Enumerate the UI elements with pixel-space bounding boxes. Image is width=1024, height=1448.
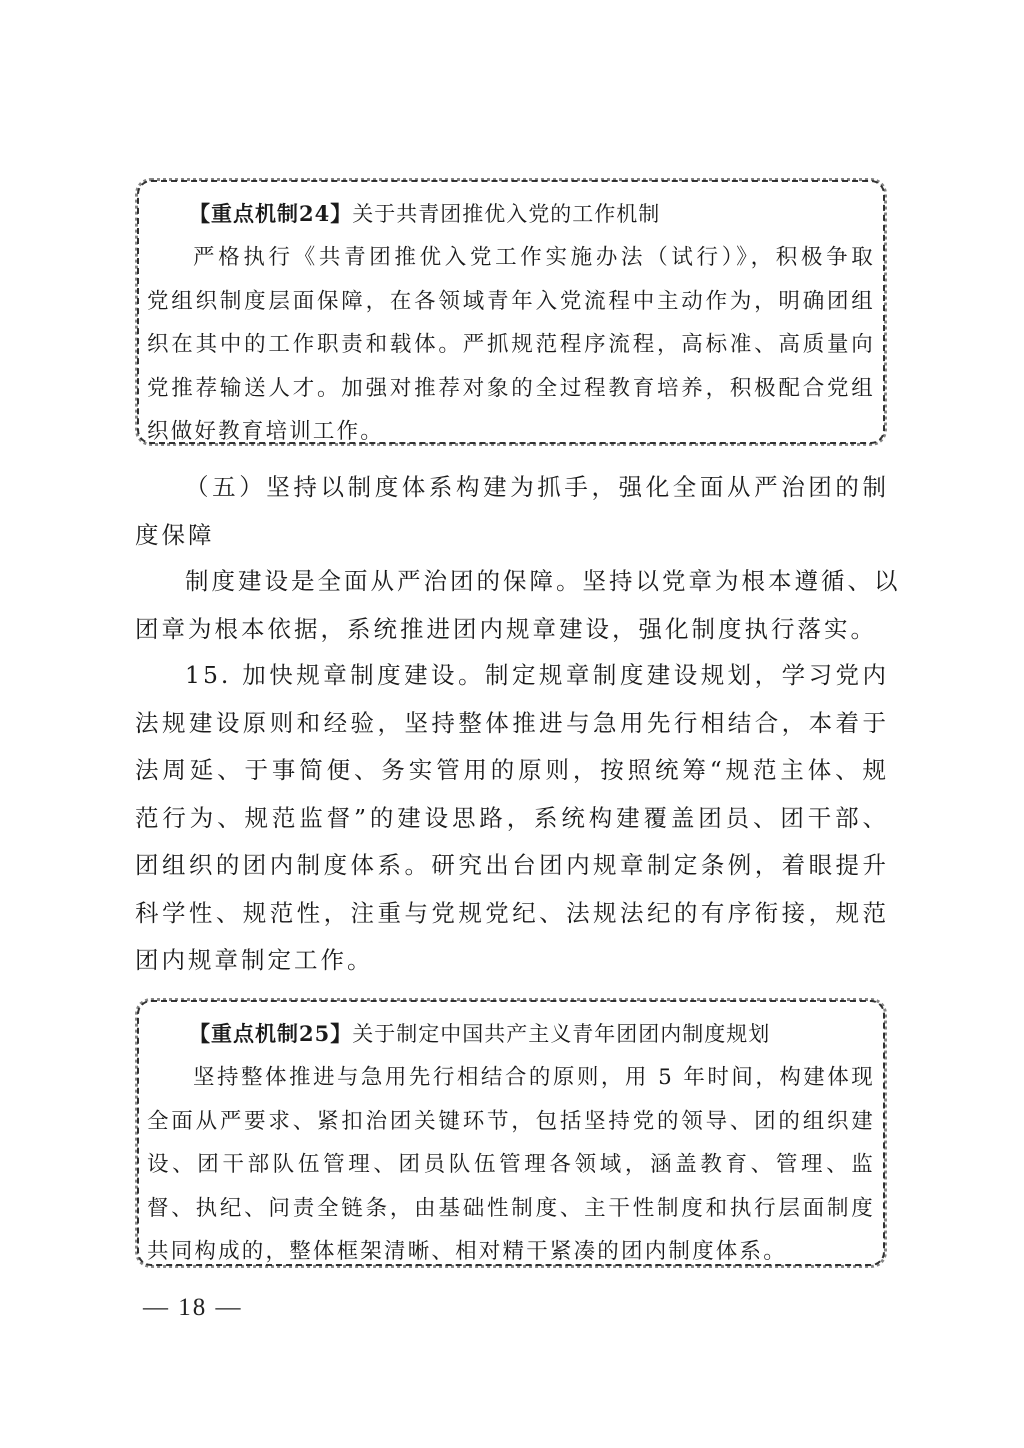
mechanism-25-line: 设、团干部队伍管理、团员队伍管理各领域，涵盖教育、管理、监 [147, 1143, 875, 1187]
mechanism-25-line: 督、执纪、问责全链条，由基础性制度、主干性制度和执行层面制度 [147, 1187, 875, 1231]
mechanism-24-line: 党推荐输送人才。加强对推荐对象的全过程教育培养，积极配合党组 [147, 367, 875, 411]
paragraph-line: 制度建设是全面从严治团的保障。坚持以党章为根本遵循、以 [135, 558, 889, 606]
document-page: 【重点机制24】关于共青团推优入党的工作机制 严格执行《共青团推优入党工作实施办… [0, 0, 1024, 1448]
mechanism-25-line: 全面从严要求、紧扣治团关键环节，包括坚持党的领导、团的组织建 [147, 1100, 875, 1144]
mechanism-25-body: 坚持整体推进与急用先行相结合的原则，用 5 年时间，构建体现 全面从严要求、紧扣… [147, 1056, 875, 1274]
paragraph-line: 科学性、规范性，注重与党规党纪、法规法纪的有序衔接，规范 [135, 890, 889, 938]
mechanism-24-body: 严格执行《共青团推优入党工作实施办法（试行）》，积极争取 党组织制度层面保障，在… [147, 236, 875, 454]
paragraph-line: 范行为、规范监督”的建设思路，系统构建覆盖团员、团干部、 [135, 795, 889, 843]
mechanism-25-line: 共同构成的，整体框架清晰、相对精干紧凑的团内制度体系。 [147, 1230, 875, 1274]
paragraph-line: 法规建设原则和经验，坚持整体推进与急用先行相结合，本着于 [135, 700, 889, 748]
key-mechanism-box-24: 【重点机制24】关于共青团推优入党的工作机制 严格执行《共青团推优入党工作实施办… [137, 180, 885, 444]
mechanism-25-title: 【重点机制25】关于制定中国共产主义青年团团内制度规划 [147, 1012, 875, 1056]
item-15-paragraph: 15. 加快规章制度建设。制定规章制度建设规划，学习党内 法规建设原则和经验，坚… [135, 652, 889, 985]
section-heading-line: （五）坚持以制度体系构建为抓手，强化全面从严治团的制 [135, 464, 889, 512]
key-mechanism-box-25: 【重点机制25】关于制定中国共产主义青年团团内制度规划 坚持整体推进与急用先行相… [137, 1000, 885, 1266]
mechanism-24-line: 严格执行《共青团推优入党工作实施办法（试行）》，积极争取 [147, 236, 875, 280]
section-heading-line: 度保障 [135, 512, 889, 560]
paragraph-line: 15. 加快规章制度建设。制定规章制度建设规划，学习党内 [135, 652, 889, 700]
paragraph-line: 法周延、于事简便、务实管用的原则，按照统筹“规范主体、规 [135, 747, 889, 795]
section-5-heading: （五）坚持以制度体系构建为抓手，强化全面从严治团的制 度保障 [135, 464, 889, 559]
mechanism-24-title-text: 关于共青团推优入党的工作机制 [352, 202, 660, 226]
paragraph-line: 团章为根本依据，系统推进团内规章建设，强化制度执行落实。 [135, 606, 889, 654]
page-number: — 18 — [143, 1294, 243, 1322]
mechanism-25-title-text: 关于制定中国共产主义青年团团内制度规划 [352, 1022, 770, 1046]
mechanism-24-line: 织做好教育培训工作。 [147, 410, 875, 454]
mechanism-25-label: 【重点机制25】 [189, 1021, 352, 1046]
paragraph-line: 团内规章制定工作。 [135, 937, 889, 985]
mechanism-24-label: 【重点机制24】 [189, 201, 352, 226]
mechanism-24-line: 织在其中的工作职责和载体。严抓规范程序流程，高标准、高质量向 [147, 323, 875, 367]
paragraph-line: 团组织的团内制度体系。研究出台团内规章制定条例，着眼提升 [135, 842, 889, 890]
section-5-paragraph: 制度建设是全面从严治团的保障。坚持以党章为根本遵循、以 团章为根本依据，系统推进… [135, 558, 889, 653]
mechanism-24-line: 党组织制度层面保障，在各领域青年入党流程中主动作为，明确团组 [147, 280, 875, 324]
mechanism-25-line: 坚持整体推进与急用先行相结合的原则，用 5 年时间，构建体现 [147, 1056, 875, 1100]
mechanism-24-title: 【重点机制24】关于共青团推优入党的工作机制 [147, 192, 875, 236]
